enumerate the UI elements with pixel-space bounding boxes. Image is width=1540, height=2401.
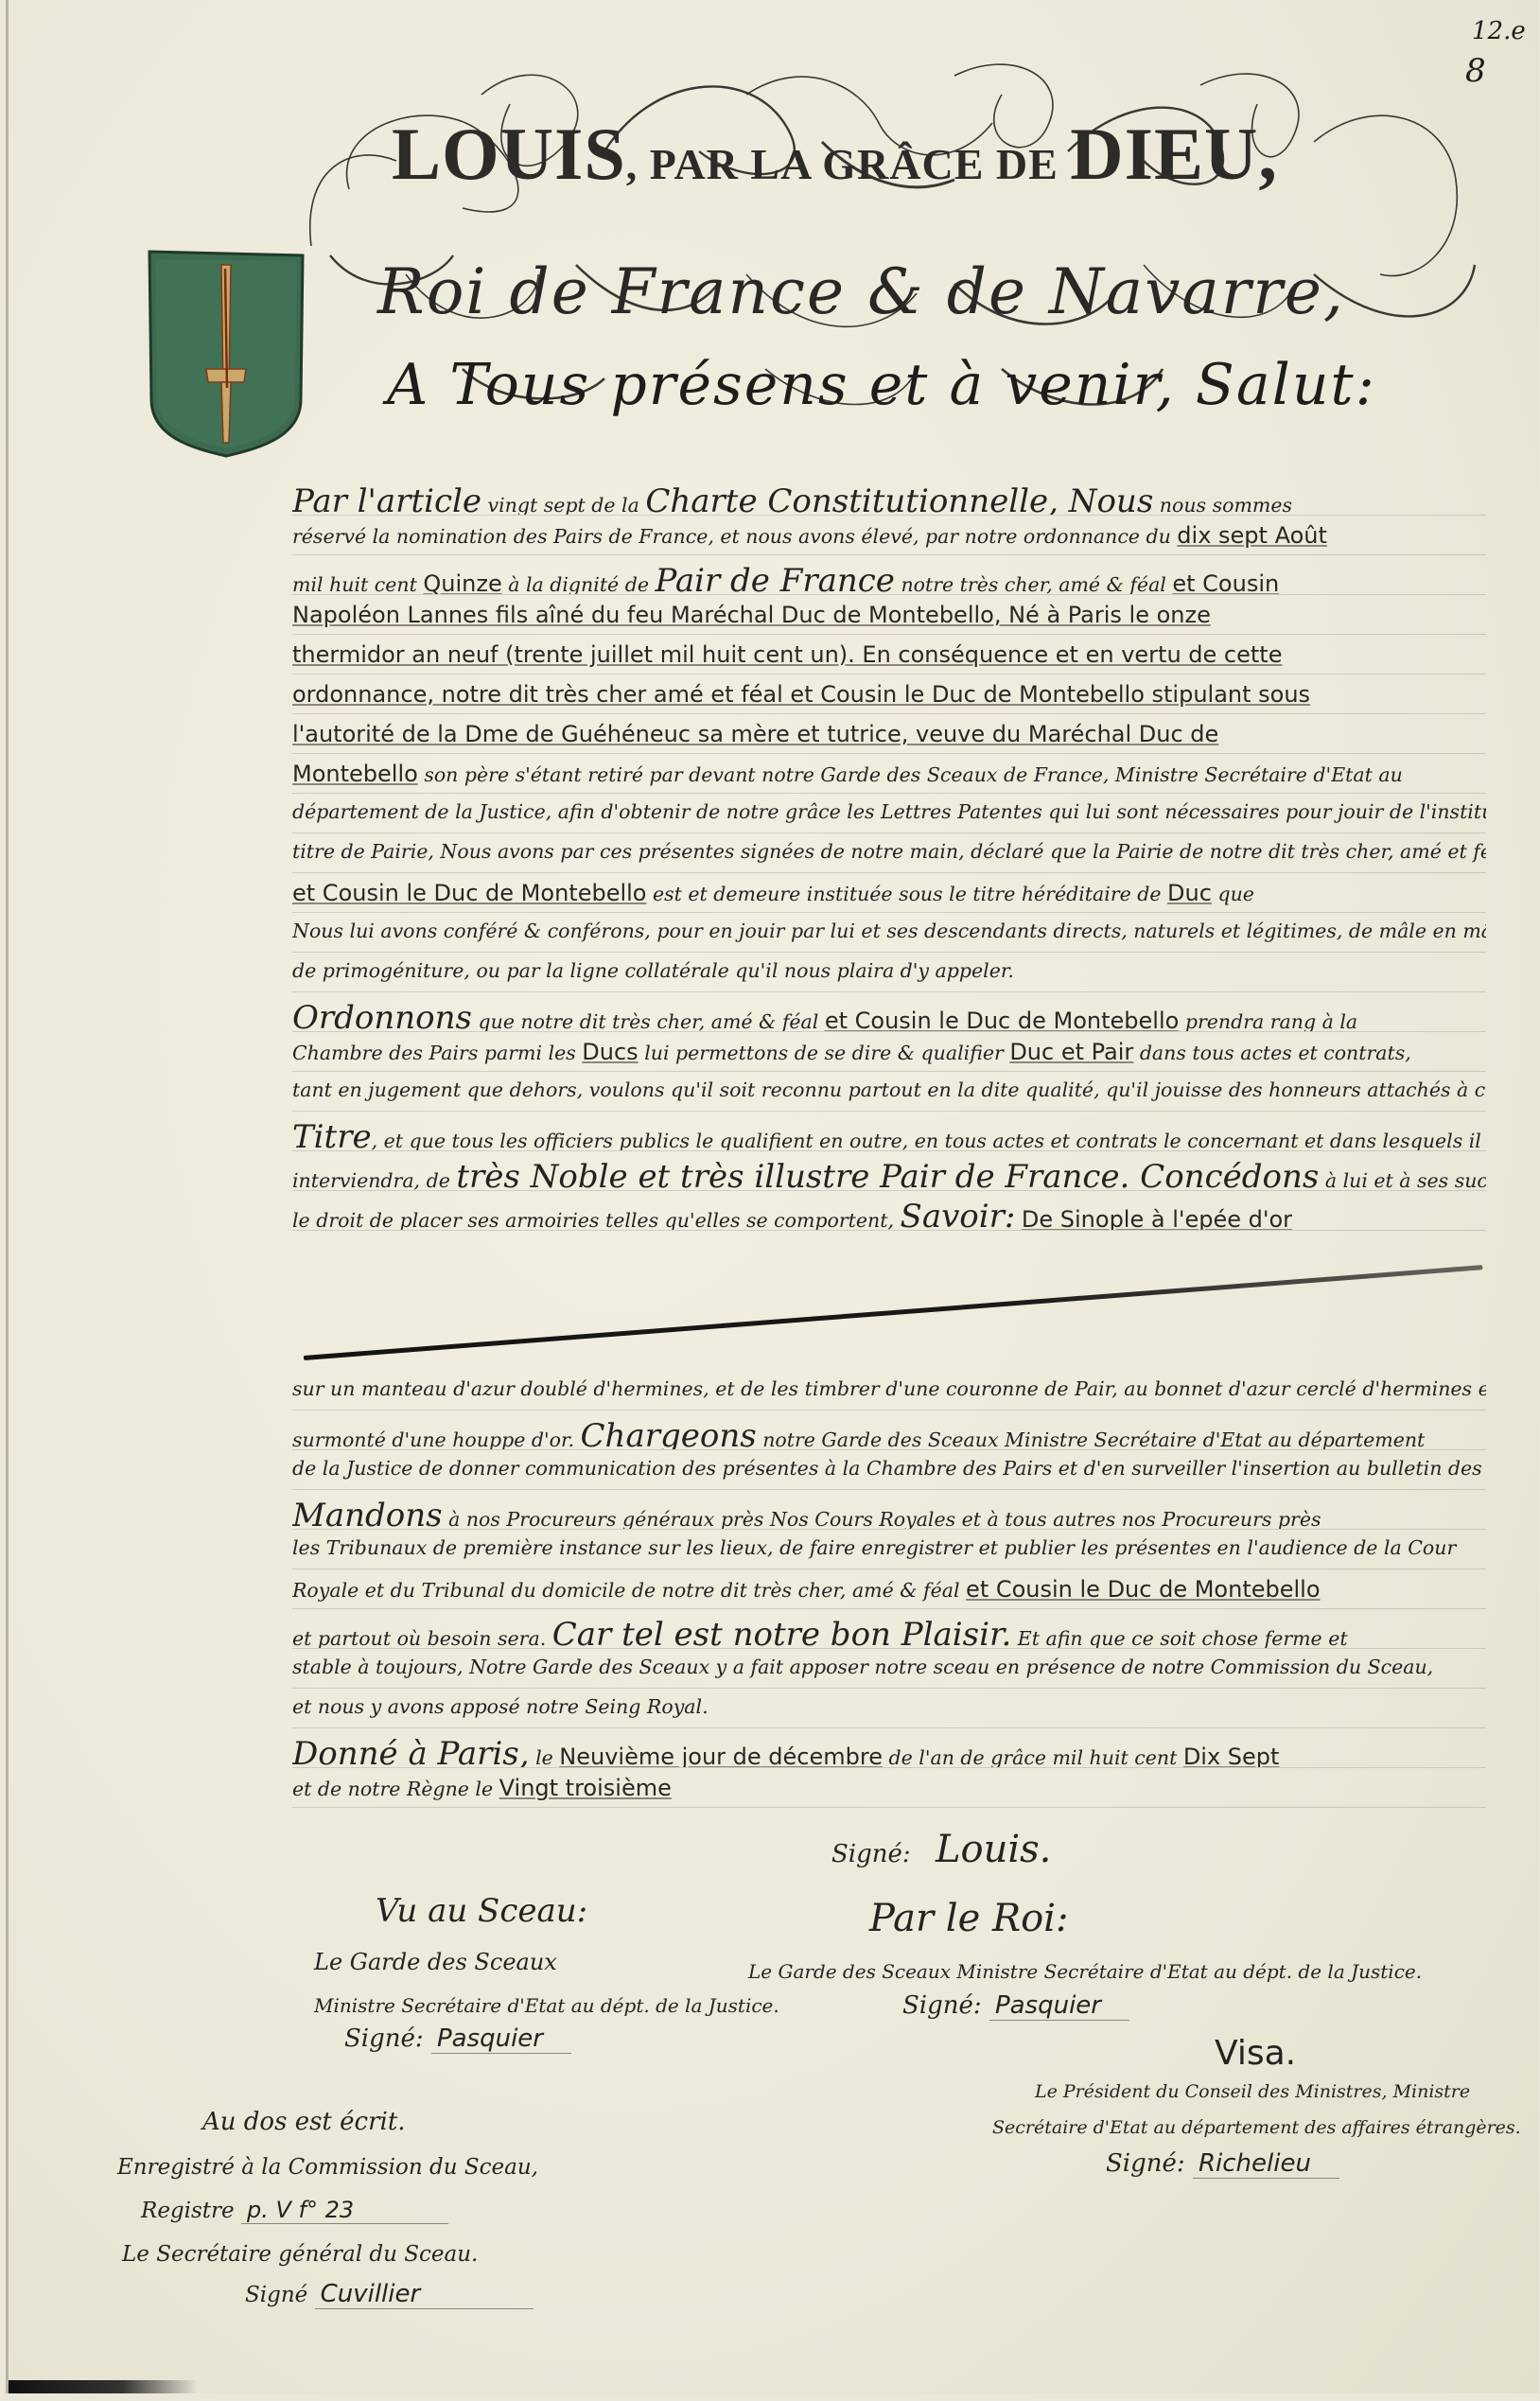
text-fragment: les Tribunaux de première instance sur l… [292, 1536, 1456, 1559]
text-fragment: notre très cher, amé & féal [895, 573, 1172, 595]
text-fragment: dans tous actes et contrats, [1133, 1042, 1410, 1064]
emphasis-text: Donné à Paris, [292, 1735, 530, 1768]
text-line: Nous lui avons conféré & conférons, pour… [292, 920, 1486, 953]
text-fragment: à lui et à ses successeurs [1319, 1169, 1486, 1191]
folio-mark: 8 [1465, 52, 1486, 90]
handwritten-fill: ordonnance, notre dit très cher amé et f… [292, 681, 1310, 708]
au-dos-heading: Au dos est écrit. [202, 2108, 406, 2136]
handwritten-fill: Vingt troisième [499, 1775, 672, 1801]
document-page: 12.e 8 LOUIS, PAR LA GRÂCE DE DIEU, Roi … [6, 0, 1539, 2393]
handwritten-fill: thermidor an neuf (trente juillet mil hu… [292, 641, 1282, 668]
coat-of-arms-shield-icon [146, 248, 306, 458]
text-fragment: département de la Justice, afin d'obteni… [292, 800, 1486, 823]
page-title: LOUIS, PAR LA GRÂCE DE DIEU, [392, 112, 1461, 197]
text-fragment: interviendra, de [292, 1169, 456, 1191]
royal-subtitle: Roi de France & de Navarre, [377, 255, 1345, 328]
text-fragment: mil huit cent [292, 573, 423, 595]
text-fragment: à la dignité de [502, 573, 656, 595]
text-line: Titre, et que tous les officiers publics… [292, 1118, 1486, 1151]
handwritten-fill: Montebello [292, 761, 418, 787]
text-fragment: Nous lui avons conféré & conférons, pour… [292, 920, 1486, 942]
text-fragment: le droit de placer ses armoiries telles … [292, 1209, 901, 1231]
text-fragment: notre Garde des Sceaux Ministre Secrétai… [757, 1428, 1426, 1450]
text-fragment: titre de Pairie, Nous avons par ces prés… [292, 840, 1486, 863]
emphasis-text: Savoir: [901, 1198, 1016, 1231]
handwritten-fill: et Cousin le Duc de Montebello [966, 1576, 1320, 1603]
text-line: Royale et du Tribunal du domicile de not… [292, 1576, 1486, 1609]
king-signature-name: Louis. [936, 1828, 1051, 1871]
par-le-roi-signature: Signé: Pasquier [902, 1991, 1129, 2020]
emphasis-text: très Noble et très illustre Pair de Fran… [456, 1158, 1319, 1191]
handwritten-fill: Napoléon Lannes fils aîné du feu Marécha… [292, 602, 1211, 628]
vu-au-sceau-signature: Signé: Pasquier [344, 2024, 571, 2053]
emphasis-text: Charte Constitutionnelle, Nous [645, 482, 1153, 516]
text-fragment: et de notre Règne le [292, 1778, 499, 1800]
text-fragment: le [530, 1746, 560, 1768]
text-line: et de notre Règne le Vingt troisième [292, 1775, 1486, 1808]
text-line: et partout où besoin sera. Car tel est n… [292, 1616, 1486, 1649]
emphasis-text: Chargeons [581, 1417, 757, 1450]
handwritten-fill: l'autorité de la Dme de Guéhéneuc sa mèr… [292, 721, 1218, 747]
text-line: surmonté d'une houppe d'or. Chargeons no… [292, 1417, 1486, 1450]
text-line: titre de Pairie, Nous avons par ces prés… [292, 840, 1486, 873]
vu-au-sceau-title-2: Ministre Secrétaire d'Etat au dépt. de l… [314, 1994, 779, 2017]
au-dos-line-1: Enregistré à la Commission du Sceau, [117, 2155, 538, 2180]
salutation: A Tous présens et à venir, Salut: [387, 352, 1376, 418]
emphasis-text: Ordonnons [292, 999, 472, 1032]
text-line: interviendra, de très Noble et très illu… [292, 1158, 1486, 1191]
handwritten-fill: Ducs [582, 1039, 638, 1065]
text-fragment: Et afin que ce soit chose ferme et [1011, 1627, 1347, 1649]
text-fragment: vingt sept de la [481, 494, 645, 516]
text-fragment: que notre dit très cher, amé & féal [472, 1010, 825, 1032]
text-fragment: lui permettons de se dire & qualifier [639, 1042, 1010, 1064]
visa-signature: Signé: Richelieu [1106, 2149, 1339, 2178]
text-fragment: de primogéniture, ou par la ligne collat… [292, 959, 1014, 982]
handwritten-fill: Duc [1167, 880, 1212, 906]
page-edge-shadow [9, 2380, 198, 2393]
vu-au-sceau-heading: Vu au Sceau: [376, 1892, 587, 1930]
text-fragment: réservé la nomination des Pairs de Franc… [292, 525, 1177, 548]
handwritten-fill: Quinze [423, 570, 501, 595]
par-le-roi-title: Le Garde des Sceaux Ministre Secrétaire … [748, 1960, 1422, 1983]
emphasis-text: Titre [292, 1118, 372, 1151]
filler-line [304, 1265, 1483, 1360]
text-line: les Tribunaux de première instance sur l… [292, 1536, 1486, 1569]
text-line: et Cousin le Duc de Montebello est et de… [292, 880, 1486, 913]
text-fragment: est et demeure instituée sous le titre h… [646, 883, 1167, 905]
text-fragment: prendra rang à la [1179, 1010, 1357, 1032]
text-fragment: sur un manteau d'azur doublé d'hermines,… [292, 1377, 1486, 1400]
visa-title-1: Le Président du Conseil des Ministres, M… [1035, 2081, 1470, 2102]
text-line: Mandons à nos Procureurs généraux près N… [292, 1497, 1486, 1530]
registre-value: p. V f° 23 [241, 2197, 448, 2224]
text-line: le droit de placer ses armoiries telles … [292, 1198, 1486, 1231]
au-dos-registre: Registre p. V f° 23 [141, 2197, 448, 2223]
text-fragment: Chambre des Pairs parmi les [292, 1042, 582, 1064]
vu-au-sceau-title-1: Le Garde des Sceaux [314, 1949, 557, 1975]
text-fragment: nous sommes [1153, 494, 1292, 516]
text-line: Ordonnons que notre dit très cher, amé &… [292, 999, 1486, 1032]
text-fragment: stable à toujours, Notre Garde des Sceau… [292, 1656, 1433, 1678]
text-line: de primogéniture, ou par la ligne collat… [292, 959, 1486, 992]
text-line: réservé la nomination des Pairs de Franc… [292, 522, 1486, 555]
text-line: et nous y avons apposé notre Seing Royal… [292, 1695, 1486, 1728]
text-fragment: surmonté d'une houppe d'or. [292, 1428, 581, 1450]
emphasis-text: Car tel est notre bon Plaisir. [552, 1616, 1012, 1649]
text-fragment: de l'an de grâce mil huit cent [883, 1746, 1183, 1768]
text-line: stable à toujours, Notre Garde des Sceau… [292, 1656, 1486, 1689]
text-fragment: tant en jugement que dehors, voulons qu'… [292, 1078, 1486, 1101]
text-line: mil huit cent Quinze à la dignité de Pai… [292, 562, 1486, 595]
handwritten-fill: Duc et Pair [1009, 1039, 1133, 1065]
text-fragment: et partout où besoin sera. [292, 1627, 552, 1649]
text-fragment: , et que tous les officiers publics le q… [372, 1130, 1481, 1151]
handwritten-fill: et Cousin le Duc de Montebello [292, 880, 646, 906]
visa-heading: Visa. [1215, 2034, 1296, 2073]
text-line: département de la Justice, afin d'obteni… [292, 800, 1486, 833]
king-signature: Signé: Louis. [831, 1828, 1051, 1871]
text-line: thermidor an neuf (trente juillet mil hu… [292, 641, 1486, 675]
visa-title-2: Secrétaire d'Etat au département des aff… [992, 2117, 1521, 2138]
handwritten-fill: De Sinople à l'epée d'or [1022, 1206, 1292, 1231]
handwritten-fill: Neuvième jour de décembre [559, 1744, 883, 1768]
emphasis-text: Par l'article [292, 482, 481, 516]
text-fragment: à nos Procureurs généraux près Nos Cours… [443, 1508, 1321, 1530]
text-fragment: et nous y avons apposé notre Seing Royal… [292, 1695, 709, 1718]
emphasis-text: Pair de France [655, 562, 894, 595]
text-fragment: de la Justice de donner communication de… [292, 1457, 1486, 1480]
handwritten-fill: Dix Sept [1183, 1744, 1280, 1768]
text-line: Chambre des Pairs parmi les Ducs lui per… [292, 1039, 1486, 1072]
text-line: Par l'article vingt sept de la Charte Co… [292, 482, 1486, 516]
emphasis-text: Mandons [292, 1497, 443, 1530]
handwritten-fill: dix sept Août [1177, 522, 1327, 549]
au-dos-signature: Signé Cuvillier [245, 2280, 534, 2308]
text-fragment: que [1212, 883, 1254, 905]
text-line: sur un manteau d'azur doublé d'hermines,… [292, 1377, 1486, 1411]
text-line: ordonnance, notre dit très cher amé et f… [292, 681, 1486, 714]
handwritten-fill: et Cousin [1172, 570, 1279, 595]
text-fragment: son père s'étant retiré par devant notre… [418, 763, 1403, 786]
au-dos-line-3: Le Secrétaire général du Sceau. [122, 2242, 478, 2267]
folio-number: 12.e [1472, 17, 1526, 45]
text-line: Montebello son père s'étant retiré par d… [292, 761, 1486, 794]
text-fragment: Royale et du Tribunal du domicile de not… [292, 1579, 966, 1602]
text-line: Napoléon Lannes fils aîné du feu Marécha… [292, 602, 1486, 635]
par-le-roi-heading: Par le Roi: [869, 1897, 1068, 1940]
text-line: de la Justice de donner communication de… [292, 1457, 1486, 1490]
text-line: Donné à Paris, le Neuvième jour de décem… [292, 1735, 1486, 1768]
text-line: l'autorité de la Dme de Guéhéneuc sa mèr… [292, 721, 1486, 754]
handwritten-fill: et Cousin le Duc de Montebello [825, 1008, 1179, 1032]
text-line: tant en jugement que dehors, voulons qu'… [292, 1078, 1486, 1112]
